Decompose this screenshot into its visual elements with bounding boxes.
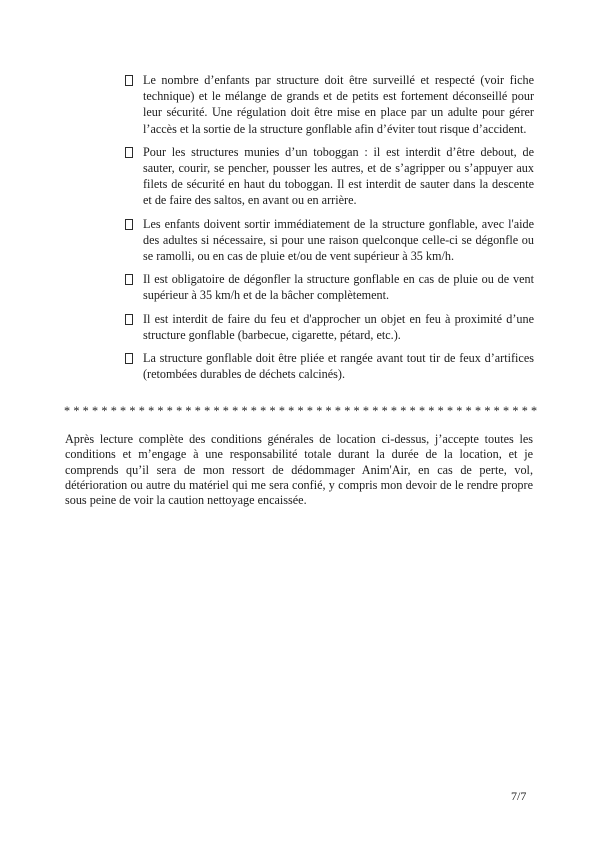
list-item: Pour les structures munies d’un toboggan… xyxy=(125,144,534,209)
document-page: Le nombre d’enfants par structure doit ê… xyxy=(0,0,597,842)
list-item-text: La structure gonflable doit être pliée e… xyxy=(143,350,534,382)
list-item: La structure gonflable doit être pliée e… xyxy=(125,350,534,382)
list-item: Il est obligatoire de dégonfler la struc… xyxy=(125,271,534,303)
bullet-square-icon xyxy=(125,147,133,158)
bullet-square-icon xyxy=(125,219,133,230)
list-item: Le nombre d’enfants par structure doit ê… xyxy=(125,72,534,137)
list-item-text: Il est interdit de faire du feu et d'app… xyxy=(143,311,534,343)
list-item-text: Pour les structures munies d’un toboggan… xyxy=(143,144,534,209)
closing-paragraph: Après lecture complète des conditions gé… xyxy=(65,432,533,508)
bullet-square-icon xyxy=(125,314,133,325)
page-number: 7/7 xyxy=(511,789,526,803)
list-item-text: Les enfants doivent sortir immédiatement… xyxy=(143,216,534,265)
list-item: Les enfants doivent sortir immédiatement… xyxy=(125,216,534,265)
bullet-square-icon xyxy=(125,274,133,285)
bullet-square-icon xyxy=(125,75,133,86)
list-item-text: Il est obligatoire de dégonfler la struc… xyxy=(143,271,534,303)
list-item: Il est interdit de faire du feu et d'app… xyxy=(125,311,534,343)
bullet-square-icon xyxy=(125,353,133,364)
asterisk-separator: * * * * * * * * * * * * * * * * * * * * … xyxy=(64,404,536,418)
safety-rules-list: Le nombre d’enfants par structure doit ê… xyxy=(125,72,534,389)
list-item-text: Le nombre d’enfants par structure doit ê… xyxy=(143,72,534,137)
